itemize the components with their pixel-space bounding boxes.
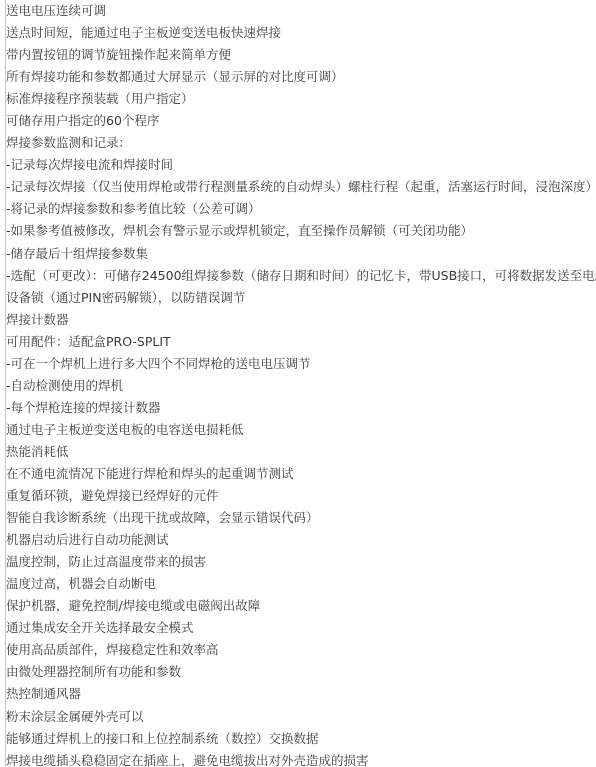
feature-subitem: -可在一个焊机上进行多大四个不同焊枪的送电电压调节 xyxy=(6,353,596,375)
feature-line: 保护机器，避免控制/焊接电缆或电磁阀出故障 xyxy=(6,595,596,617)
feature-line: 可储存用户指定的60个程序 xyxy=(6,110,596,132)
feature-subitem: -将记录的焊接参数和参考值比较（公差可调） xyxy=(6,198,596,220)
feature-line: 使用高品质部件，焊接稳定性和效率高 xyxy=(6,639,596,661)
feature-line: 智能自我诊断系统（出现干扰或故障，会显示错误代码） xyxy=(6,507,596,529)
feature-line: 机器启动后进行自动功能测试 xyxy=(6,529,596,551)
feature-line: 在不通电流情况下能进行焊枪和焊头的起重调节测试 xyxy=(6,463,596,485)
feature-line: 设备锁（通过PIN密码解锁），以防错误调节 xyxy=(6,287,596,309)
feature-line: 温度过高，机器会自动断电 xyxy=(6,573,596,595)
feature-line: 送点时间短，能通过电子主板逆变送电板快速焊接 xyxy=(6,22,596,44)
feature-line: 通过电子主板逆变送电板的电容送电损耗低 xyxy=(6,419,596,441)
feature-subitem: -记录每次焊接电流和焊接时间 xyxy=(6,154,596,176)
section-heading: 焊接参数监测和记录： xyxy=(6,132,596,154)
feature-subitem: -自动检测使用的焊机 xyxy=(6,375,596,397)
feature-line: 带内置按钮的调节旋钮操作起来简单方便 xyxy=(6,44,596,66)
feature-line: 粉末涂层金属硬外壳可以 xyxy=(6,706,596,728)
feature-subitem: -储存最后十组焊接参数集 xyxy=(6,243,596,265)
feature-line: 重复循环锁，避免焊接已经焊好的元件 xyxy=(6,485,596,507)
feature-line: 通过集成安全开关选择最安全模式 xyxy=(6,617,596,639)
feature-line: 由微处理器控制所有功能和参数 xyxy=(6,661,596,683)
feature-line: 所有焊接功能和参数都通过大屏显示（显示屏的对比度可调） xyxy=(6,66,596,88)
feature-subitem: -选配（可更改）：可储存24500组焊接参数（储存日期和时间）的记忆卡，带USB… xyxy=(6,265,596,287)
feature-line: 焊接电缆插头稳稳固定在插座上，避免电缆拔出对外壳造成的损害 xyxy=(6,750,596,767)
feature-line: 热能消耗低 xyxy=(6,441,596,463)
feature-line: 送电电压连续可调 xyxy=(6,0,596,22)
feature-subitem: -记录每次焊接（仅当使用焊枪或带行程测量系统的自动焊头）螺柱行程（起重，活塞运行… xyxy=(6,176,596,198)
section-heading: 可用配件：适配盒PRO-SPLIT xyxy=(6,331,596,353)
feature-line: 热控制通风器 xyxy=(6,683,596,705)
feature-line: 温度控制，防止过高温度带来的损害 xyxy=(6,551,596,573)
feature-line: 标准焊接程序预装载（用户指定） xyxy=(6,88,596,110)
feature-list: 送电电压连续可调 送点时间短，能通过电子主板逆变送电板快速焊接 带内置按钮的调节… xyxy=(6,0,596,767)
feature-line: 能够通过焊机上的接口和上位控制系统（数控）交换数据 xyxy=(6,728,596,750)
feature-subitem: -如果参考值被修改，焊机会有警示显示或焊机锁定，直至操作员解锁（可关闭功能） xyxy=(6,220,596,242)
feature-subitem: -每个焊枪连接的焊接计数器 xyxy=(6,397,596,419)
feature-line: 焊接计数器 xyxy=(6,309,596,331)
